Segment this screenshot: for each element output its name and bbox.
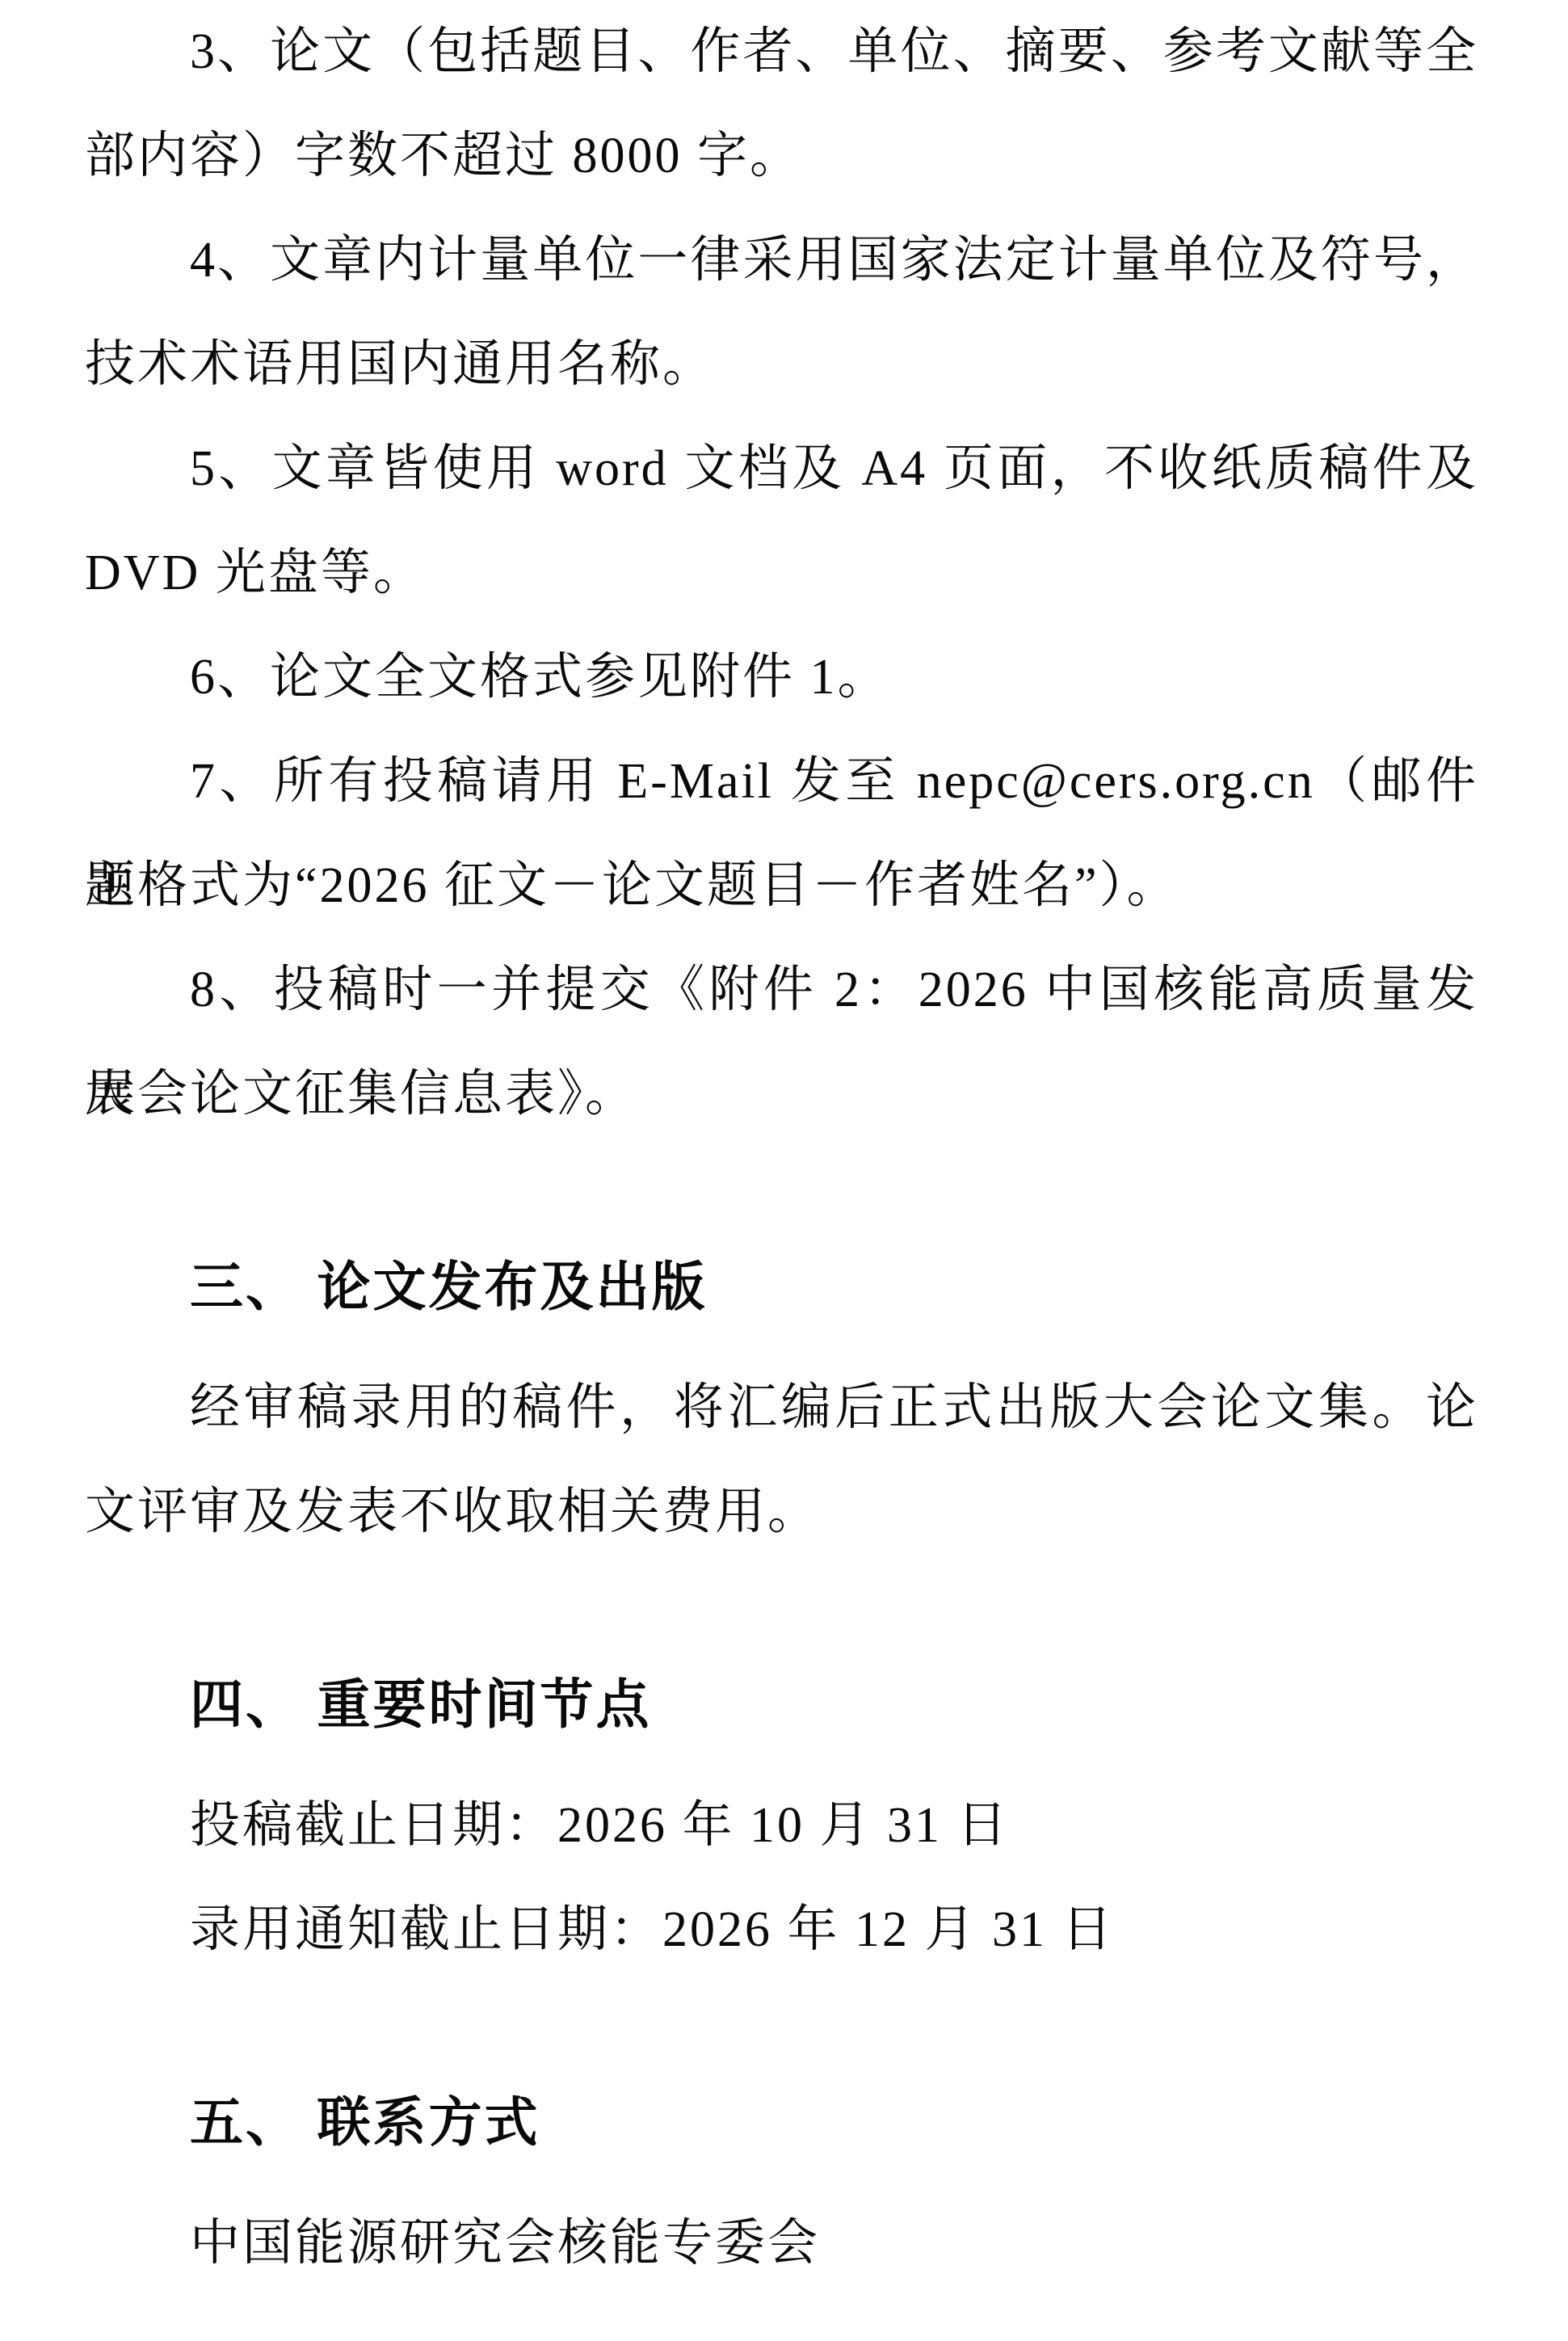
text-line: 4、文章内计量单位一律采用国家法定计量单位及符号，	[85, 208, 1478, 313]
text-line: DVD 光盘等。	[85, 521, 1478, 625]
section-heading: 三、 论文发布及出版	[85, 1236, 1478, 1340]
text-line: 6、论文全文格式参见附件 1。	[85, 625, 1478, 730]
text-line: 中国能源研究会核能专委会	[85, 2192, 1478, 2296]
section-heading: 四、 重要时间节点	[85, 1653, 1478, 1758]
text-line: 投稿截止日期：2026 年 10 月 31 日	[85, 1774, 1478, 1878]
text-line: 技术术语用国内通用名称。	[85, 313, 1478, 417]
text-line: 经审稿录用的稿件，将汇编后正式出版大会论文集。论	[85, 1356, 1478, 1460]
text-line: 题格式为“2026 征文－论文题目－作者姓名”）。	[85, 834, 1478, 938]
section-heading: 五、 联系方式	[85, 2071, 1478, 2175]
text-line: 部内容）字数不超过 8000 字。	[85, 104, 1478, 208]
text-line: 文评审及发表不收取相关费用。	[85, 1460, 1478, 1564]
text-line: 大会论文征集信息表》。	[85, 1042, 1478, 1147]
text-line: 8、投稿时一并提交《附件 2：2026 中国核能高质量发展	[85, 938, 1478, 1042]
text-line: 7、所有投稿请用 E-Mail 发至 nepc@cers.org.cn（邮件主	[85, 730, 1478, 834]
document-page: 3、论文（包括题目、作者、单位、摘要、参考文献等全部内容）字数不超过 8000 …	[0, 0, 1568, 2341]
text-line: 录用通知截止日期：2026 年 12 月 31 日	[85, 1878, 1478, 1982]
text-line: 5、文章皆使用 word 文档及 A4 页面，不收纸质稿件及	[85, 417, 1478, 521]
text-line: 3、论文（包括题目、作者、单位、摘要、参考文献等全	[85, 0, 1478, 104]
